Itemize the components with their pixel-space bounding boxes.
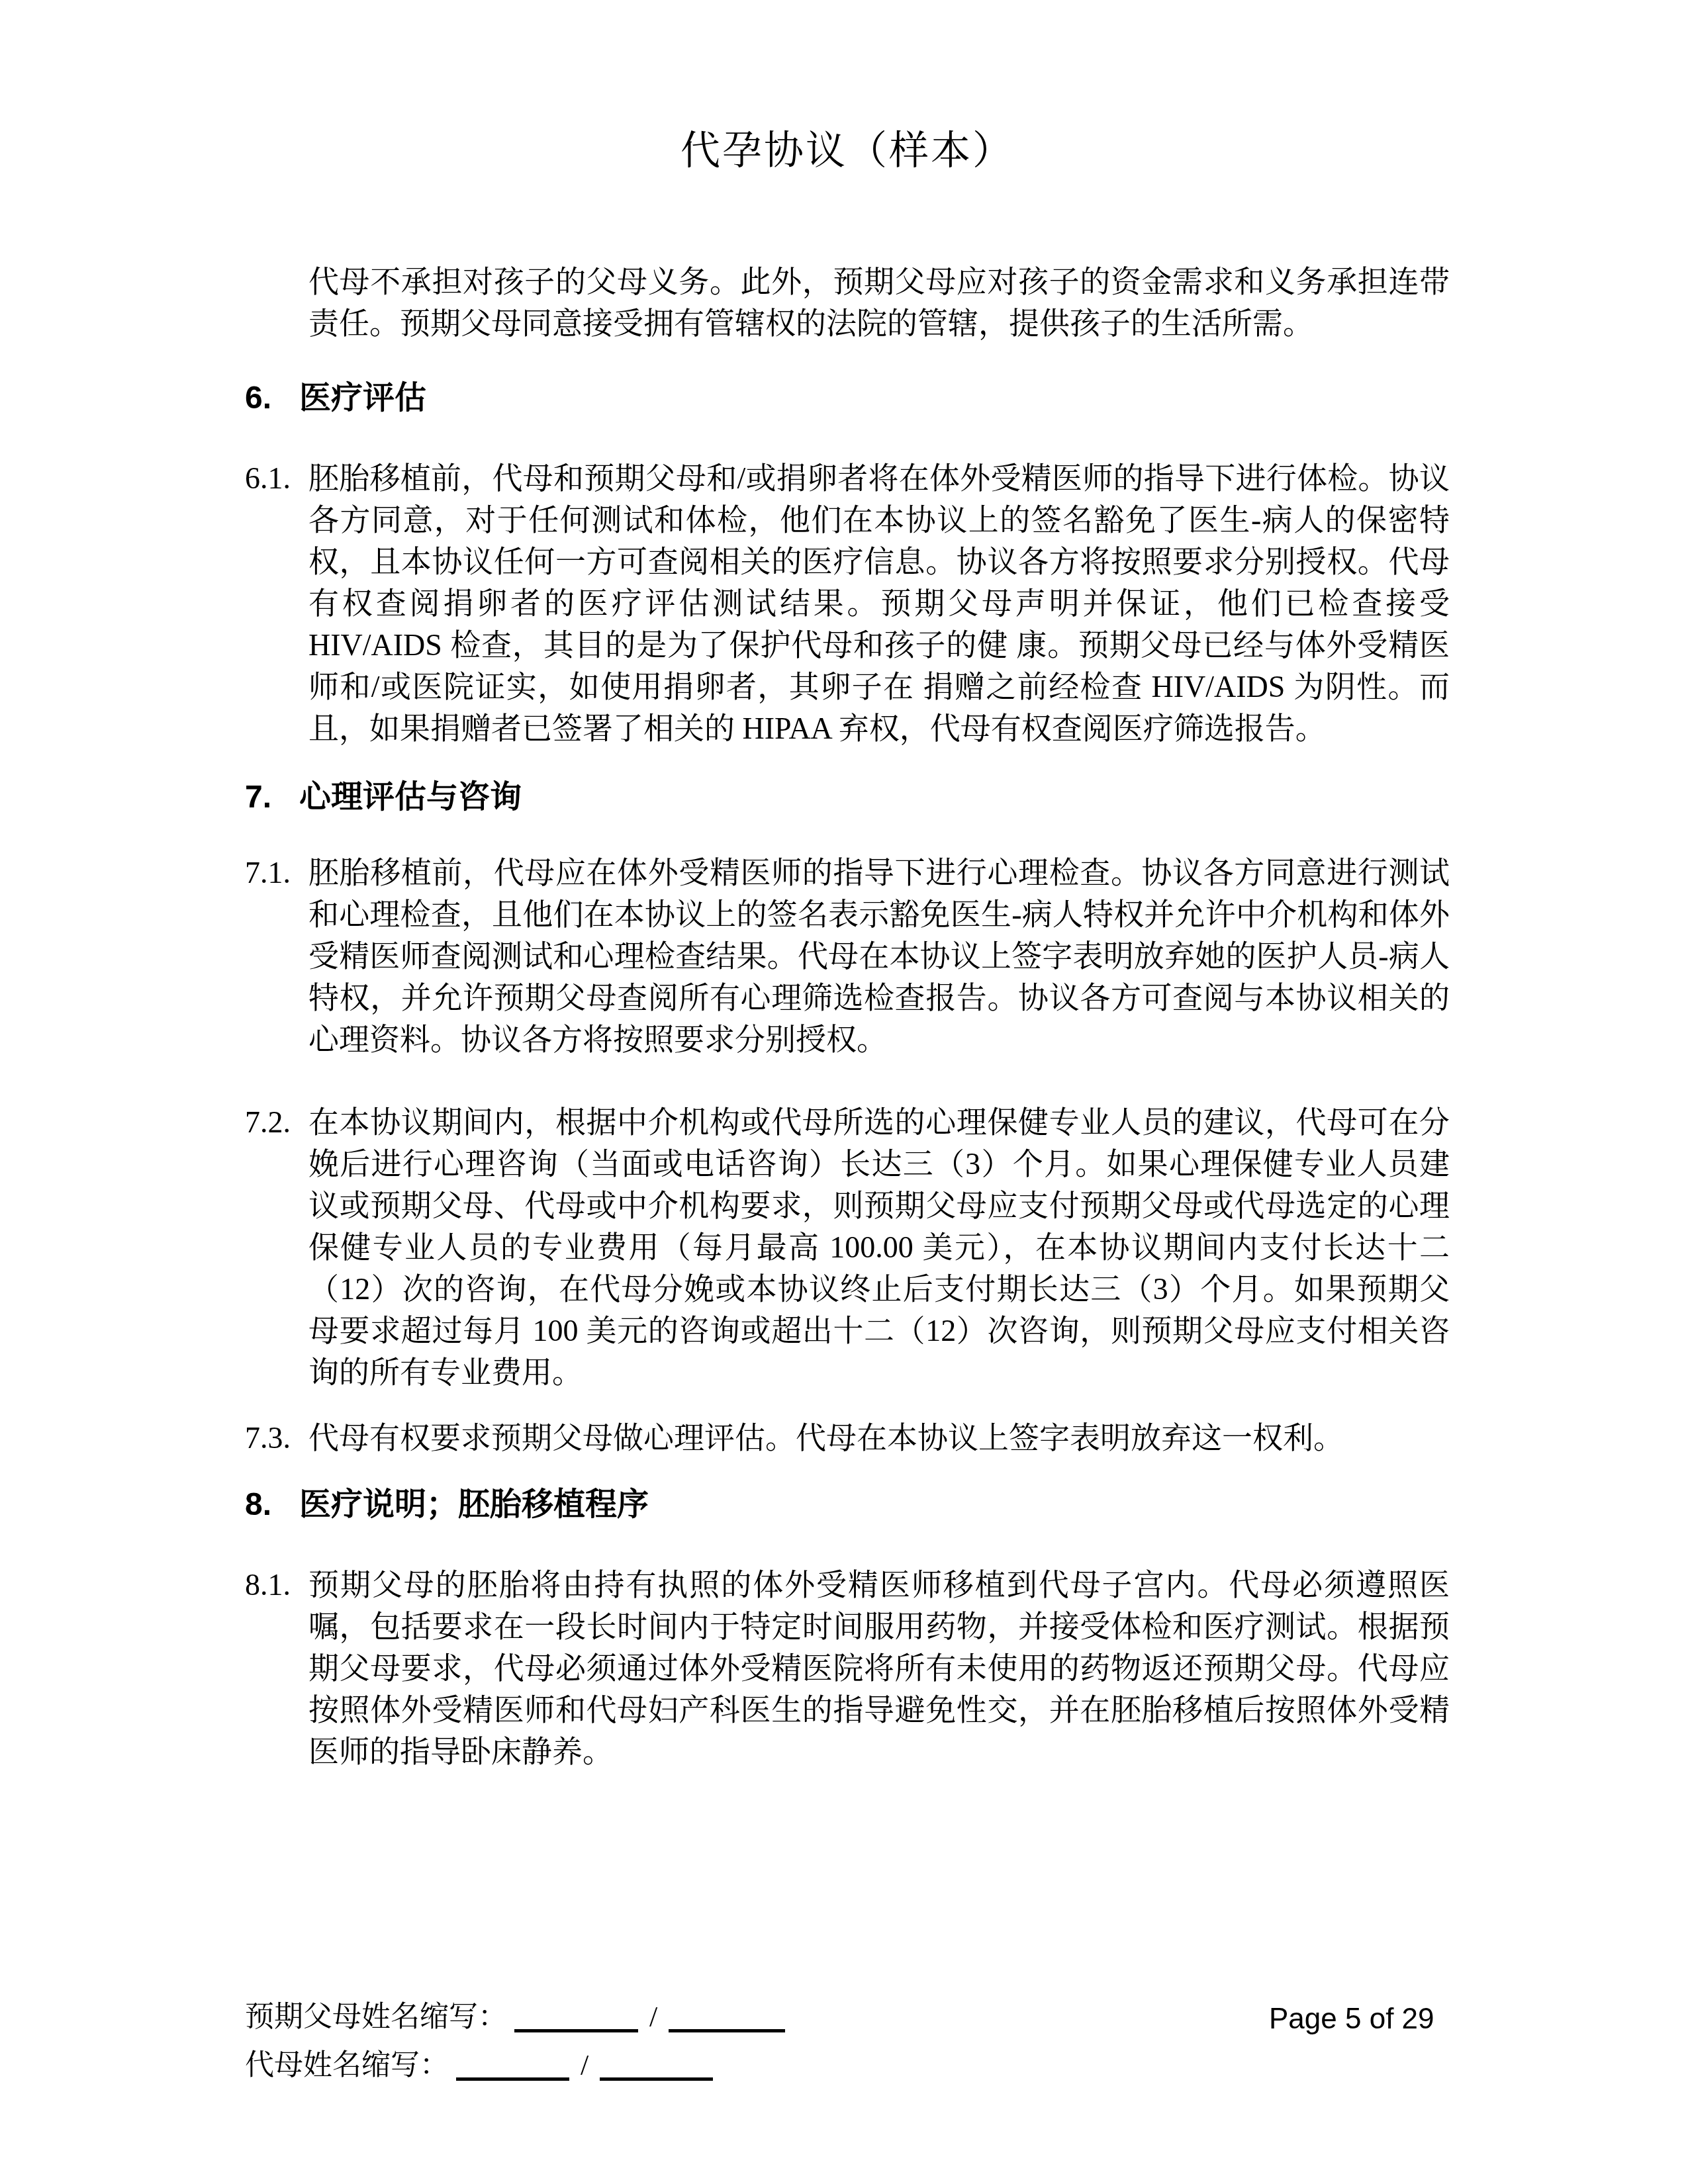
footer-surrogate-initials: 代母姓名缩写： / (245, 2047, 713, 2084)
initials-blank (600, 2051, 713, 2081)
section-6-number: 6. (245, 381, 299, 416)
section-8-number: 8. (245, 1487, 299, 1523)
item-text: 胚胎移植前，代母和预期父母和/或捐卵者将在体外受精医师的指导下进行体检。协议各方… (308, 457, 1450, 749)
item-number: 6.1. (245, 457, 308, 749)
section-7-number: 7. (245, 780, 299, 815)
initials-separator: / (581, 2047, 588, 2084)
section-7-heading: 7. 心理评估与咨询 (245, 780, 1450, 815)
section-8-heading: 8. 医疗说明；胚胎移植程序 (245, 1487, 1450, 1523)
page-title: 代孕协议（样本） (245, 126, 1450, 176)
item-text: 胚胎移植前，代母应在体外受精医师的指导下进行心理检查。协议各方同意进行测试和心理… (308, 852, 1450, 1060)
section-6-title: 医疗评估 (299, 381, 426, 416)
item-6-1: 6.1. 胚胎移植前，代母和预期父母和/或捐卵者将在体外受精医师的指导下进行体检… (245, 457, 1450, 749)
item-text: 预期父母的胚胎将由持有执照的体外受精医师移植到代母子宫内。代母必须遵照医嘱，包括… (308, 1564, 1450, 1772)
item-number: 7.2. (245, 1101, 308, 1393)
page-number: Page 5 of 29 (1269, 2003, 1434, 2036)
footer-intended-parents-initials: 预期父母姓名缩写： / (245, 1999, 785, 2036)
initials-blank (669, 2003, 785, 2032)
initials-blank (456, 2051, 569, 2081)
item-text: 在本协议期间内，根据中介机构或代母所选的心理保健专业人员的建议，代母可在分娩后进… (308, 1101, 1450, 1393)
footer-surrogate-initials-label: 代母姓名缩写： (245, 2049, 449, 2081)
initials-blank (514, 2003, 638, 2032)
item-number: 7.1. (245, 852, 308, 1060)
document-content: 代孕协议（样本） 代母不承担对孩子的父母义务。此外，预期父母应对孩子的资金需求和… (245, 126, 1450, 1772)
item-7-3: 7.3. 代母有权要求预期父母做心理评估。代母在本协议上签字表明放弃这一权利。 (245, 1417, 1450, 1459)
item-number: 7.3. (245, 1417, 308, 1459)
intro-paragraph: 代母不承担对孩子的父母义务。此外，预期父母应对孩子的资金需求和义务承担连带责任。… (308, 261, 1450, 344)
footer-ip-initials-label: 预期父母姓名缩写： (245, 2001, 507, 2033)
section-7-title: 心理评估与咨询 (299, 780, 522, 815)
section-6-heading: 6. 医疗评估 (245, 381, 1450, 416)
item-7-2: 7.2. 在本协议期间内，根据中介机构或代母所选的心理保健专业人员的建议，代母可… (245, 1101, 1450, 1393)
item-8-1: 8.1. 预期父母的胚胎将由持有执照的体外受精医师移植到代母子宫内。代母必须遵照… (245, 1564, 1450, 1772)
item-number: 8.1. (245, 1564, 308, 1772)
document-page: 代孕协议（样本） 代母不承担对孩子的父母义务。此外，预期父母应对孩子的资金需求和… (0, 0, 1688, 2184)
initials-separator: / (649, 1999, 657, 2036)
item-7-1: 7.1. 胚胎移植前，代母应在体外受精医师的指导下进行心理检查。协议各方同意进行… (245, 852, 1450, 1060)
item-text: 代母有权要求预期父母做心理评估。代母在本协议上签字表明放弃这一权利。 (308, 1417, 1450, 1459)
section-8-title: 医疗说明；胚胎移植程序 (299, 1487, 649, 1523)
